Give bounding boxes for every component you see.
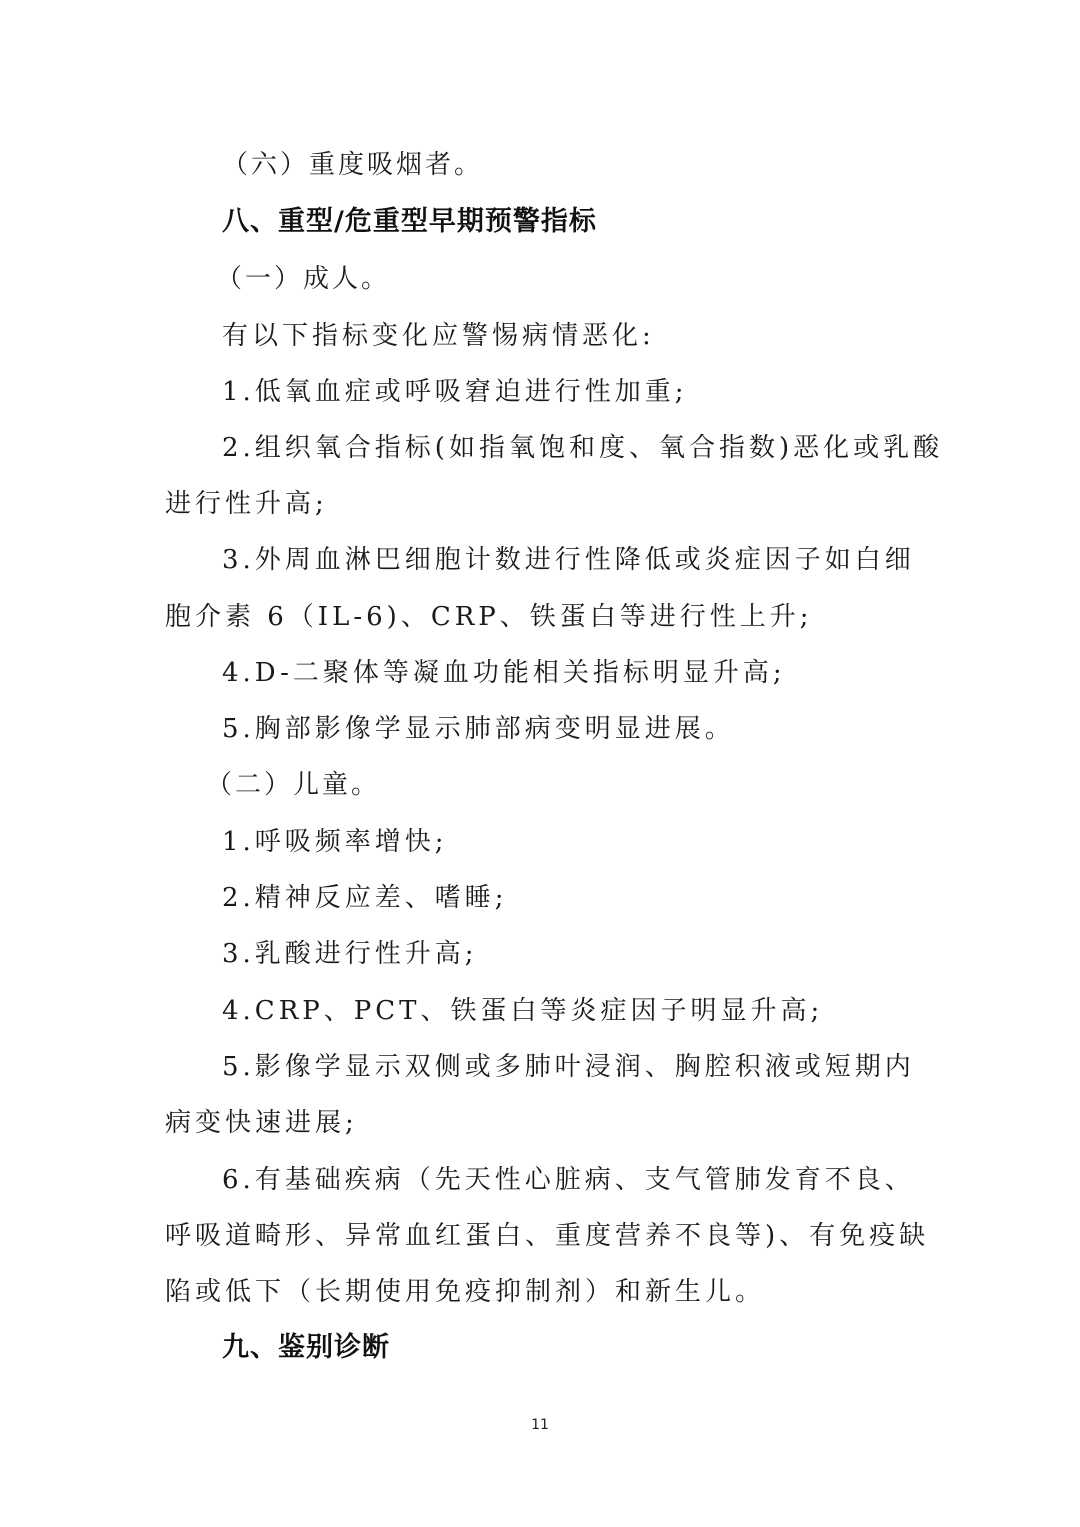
section-heading-early-warning: 八、重型/危重型早期预警指标: [222, 205, 597, 239]
paragraph-intro: 有以下指标变化应警惕病情恶化:: [222, 319, 655, 353]
list-item-child-3: 3.乳酸进行性升高;: [222, 937, 478, 971]
list-item-heavy-smoker: （六）重度吸烟者。: [222, 148, 483, 182]
list-item-adult-3-cont: 胞介素 6（IL-6)、CRP、铁蛋白等进行性上升;: [165, 600, 813, 634]
list-item-child-1: 1.呼吸频率增快;: [222, 825, 448, 859]
list-item-adult-2: 2.组织氧合指标(如指氧饱和度、氧合指数)恶化或乳酸: [222, 431, 943, 465]
list-item-adult-4: 4.D-二聚体等凝血功能相关指标明显升高;: [222, 656, 786, 690]
subsection-heading-adults: （一）成人。: [216, 262, 390, 296]
list-item-child-2: 2.精神反应差、嗜睡;: [222, 881, 508, 915]
list-item-adult-3: 3.外周血淋巴细胞计数进行性降低或炎症因子如白细: [222, 543, 915, 577]
list-item-adult-1: 1.低氧血症或呼吸窘迫进行性加重;: [222, 375, 688, 409]
list-item-child-6-cont-2: 陷或低下（长期使用免疫抑制剂）和新生儿。: [165, 1275, 765, 1309]
document-page: （六）重度吸烟者。 八、重型/危重型早期预警指标 （一）成人。 有以下指标变化应…: [0, 0, 1080, 1527]
list-item-child-6-cont-1: 呼吸道畸形、异常血红蛋白、重度营养不良等)、有免疫缺: [165, 1219, 929, 1253]
list-item-child-6: 6.有基础疾病（先天性心脏病、支气管肺发育不良、: [222, 1163, 915, 1197]
list-item-child-4: 4.CRP、PCT、铁蛋白等炎症因子明显升高;: [222, 994, 823, 1028]
page-number: 11: [0, 1417, 1080, 1433]
subsection-heading-children: （二）儿童。: [206, 768, 380, 802]
list-item-child-5: 5.影像学显示双侧或多肺叶浸润、胸腔积液或短期内: [222, 1050, 915, 1084]
section-heading-differential-diagnosis: 九、鉴别诊断: [222, 1331, 390, 1365]
list-item-child-5-cont: 病变快速进展;: [165, 1106, 358, 1140]
list-item-adult-5: 5.胸部影像学显示肺部病变明显进展。: [222, 712, 735, 746]
list-item-adult-2-cont: 进行性升高;: [165, 487, 328, 521]
